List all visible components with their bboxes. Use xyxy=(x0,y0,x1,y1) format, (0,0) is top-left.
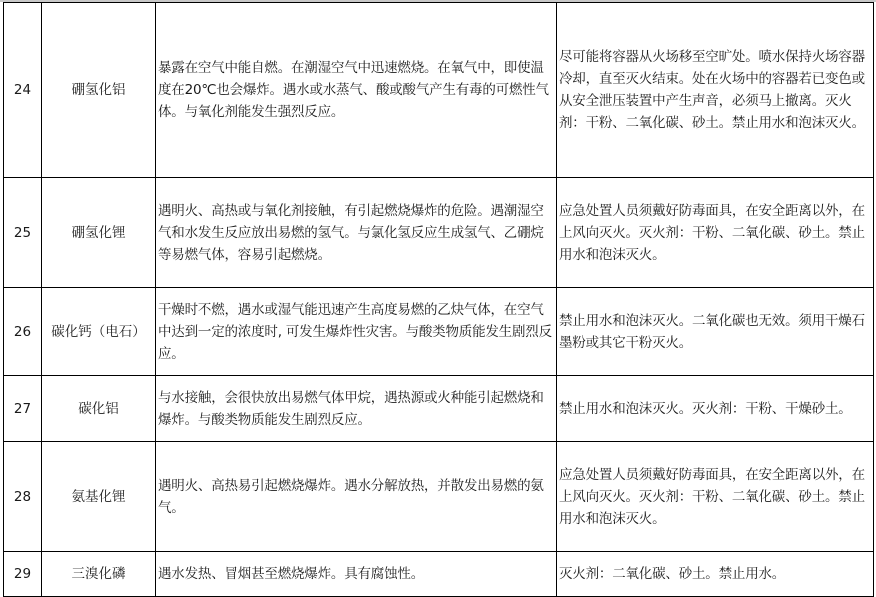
table-row: 26 碳化钙（电石） 干燥时不燃，遇水或湿气能迅速产生高度易燃的乙炔气体，在空气… xyxy=(4,288,874,376)
row-number-cell: 29 xyxy=(4,552,42,597)
substance-name-cell: 氨基化锂 xyxy=(42,442,156,552)
row-number-cell: 24 xyxy=(4,3,42,178)
hazard-description-cell: 遇水发热、冒烟甚至燃烧爆炸。具有腐蚀性。 xyxy=(156,552,557,597)
firefighting-measures-cell: 灭火剂：二氧化碳、砂土。禁止用水。 xyxy=(557,552,874,597)
substance-name-cell: 碳化铝 xyxy=(42,376,156,442)
hazard-description-cell: 遇明火、高热易引起燃烧爆炸。遇水分解放热，并散发出易燃的氨气。 xyxy=(156,442,557,552)
firefighting-measures-cell: 禁止用水和泡沫灭火。灭火剂：干粉、干燥砂土。 xyxy=(557,376,874,442)
substance-name-cell: 硼氢化铝 xyxy=(42,3,156,178)
substance-name-cell: 硼氢化锂 xyxy=(42,178,156,288)
substance-name-cell: 三溴化磷 xyxy=(42,552,156,597)
row-number-cell: 26 xyxy=(4,288,42,376)
firefighting-measures-cell: 应急处置人员须戴好防毒面具，在安全距离以外，在上风向灭火。灭火剂：干粉、二氧化碳… xyxy=(557,442,874,552)
hazard-description-cell: 与水接触，会很快放出易燃气体甲烷，遇热源或火种能引起燃烧和爆炸。与酸类物质能发生… xyxy=(156,376,557,442)
table-row: 24 硼氢化铝 暴露在空气中能自燃。在潮湿空气中迅速燃烧。在氧气中，即使温度在2… xyxy=(4,3,874,178)
hazard-table: 24 硼氢化铝 暴露在空气中能自燃。在潮湿空气中迅速燃烧。在氧气中，即使温度在2… xyxy=(3,2,874,597)
table-row: 29 三溴化磷 遇水发热、冒烟甚至燃烧爆炸。具有腐蚀性。 灭火剂：二氧化碳、砂土… xyxy=(4,552,874,597)
hazard-description-cell: 暴露在空气中能自燃。在潮湿空气中迅速燃烧。在氧气中，即使温度在20℃也会爆炸。遇… xyxy=(156,3,557,178)
table-row: 28 氨基化锂 遇明火、高热易引起燃烧爆炸。遇水分解放热，并散发出易燃的氨气。 … xyxy=(4,442,874,552)
row-number-cell: 28 xyxy=(4,442,42,552)
firefighting-measures-cell: 禁止用水和泡沫灭火。二氧化碳也无效。须用干燥石墨粉或其它干粉灭火。 xyxy=(557,288,874,376)
firefighting-measures-cell: 尽可能将容器从火场移至空旷处。喷水保持火场容器冷却，直至灭火结束。处在火场中的容… xyxy=(557,3,874,178)
hazard-description-cell: 干燥时不燃，遇水或湿气能迅速产生高度易燃的乙炔气体，在空气中达到一定的浓度时, … xyxy=(156,288,557,376)
firefighting-measures-cell: 应急处置人员须戴好防毒面具，在安全距离以外，在上风向灭火。灭火剂：干粉、二氧化碳… xyxy=(557,178,874,288)
table-row: 27 碳化铝 与水接触，会很快放出易燃气体甲烷，遇热源或火种能引起燃烧和爆炸。与… xyxy=(4,376,874,442)
row-number-cell: 25 xyxy=(4,178,42,288)
substance-name-cell: 碳化钙（电石） xyxy=(42,288,156,376)
table-row: 25 硼氢化锂 遇明火、高热或与氧化剂接触，有引起燃烧爆炸的危险。遇潮湿空气和水… xyxy=(4,178,874,288)
hazard-description-cell: 遇明火、高热或与氧化剂接触，有引起燃烧爆炸的危险。遇潮湿空气和水发生反应放出易燃… xyxy=(156,178,557,288)
row-number-cell: 27 xyxy=(4,376,42,442)
